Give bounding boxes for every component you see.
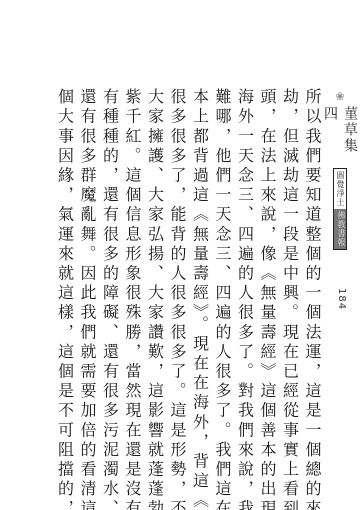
text-column: 海外一天念三、四遍的人很多了。對我們來說，我們現在念一遍很 bbox=[233, 88, 256, 488]
text-column: 紫千紅。這個信息形象很殊勝，當然現在還是沒有完全解凍，但是 bbox=[121, 88, 144, 488]
book-page: ❀ 菫草集四 圓覺淨土 佛教書報 184 所以我們要知道整個的一個法運，這是一個… bbox=[0, 0, 363, 510]
text-column: 劫，但滅劫這一段是中興。現在已經從事實上看到了很明顯的苗 bbox=[278, 88, 301, 488]
text-column: 所以我們要知道整個的一個法運，這是一個總的來說，是滅 bbox=[301, 88, 324, 488]
text-column: 本上都背過這《無量壽經》。現在在海外，背這《無量壽經》的人 bbox=[188, 88, 211, 488]
text-column: 還有很多群魔亂舞。因此我們就需要加倍的看清這個形勢，這樣一 bbox=[76, 88, 99, 488]
text-column: 難哪，他們一天念三、四遍的人很多了。我們這在座的，有些人基 bbox=[211, 88, 234, 488]
text-column: 有種種的，還有很多的障礙、還有很多污泥濁水、還有很多陷坑、 bbox=[98, 88, 121, 488]
body-text: 所以我們要知道整個的一個法運，這是一個總的來說，是滅 劫，但滅劫這一段是中興。現… bbox=[53, 88, 323, 488]
text-column: 大家擁護、大家弘揚、大家讚歎，這影響就蓬蓬勃勃，如春日，萬 bbox=[143, 88, 166, 488]
section-box: 圓覺淨土 佛教書報 bbox=[333, 168, 347, 250]
text-column: 個大事因緣，氣運來就這樣，這個是不可阻擋的，但是我們的努 bbox=[53, 88, 76, 488]
section-box-shaded-label: 佛教書報 bbox=[334, 209, 346, 249]
text-column: 頭，在法上來說，像《無量壽經》這個善本的出現、流通，現在在 bbox=[256, 88, 279, 488]
text-column: 很多很多了，能背的人很多很多了。這是形勢，不光是積極印出、 bbox=[166, 88, 189, 488]
lotus-logo-icon: ❀ bbox=[330, 90, 350, 104]
page-number: 184 bbox=[336, 288, 347, 310]
running-header: ❀ 菫草集四 圓覺淨土 佛教書報 bbox=[327, 90, 353, 250]
section-box-label: 圓覺淨土 bbox=[335, 169, 345, 209]
book-title: 菫草集四 bbox=[320, 106, 360, 164]
